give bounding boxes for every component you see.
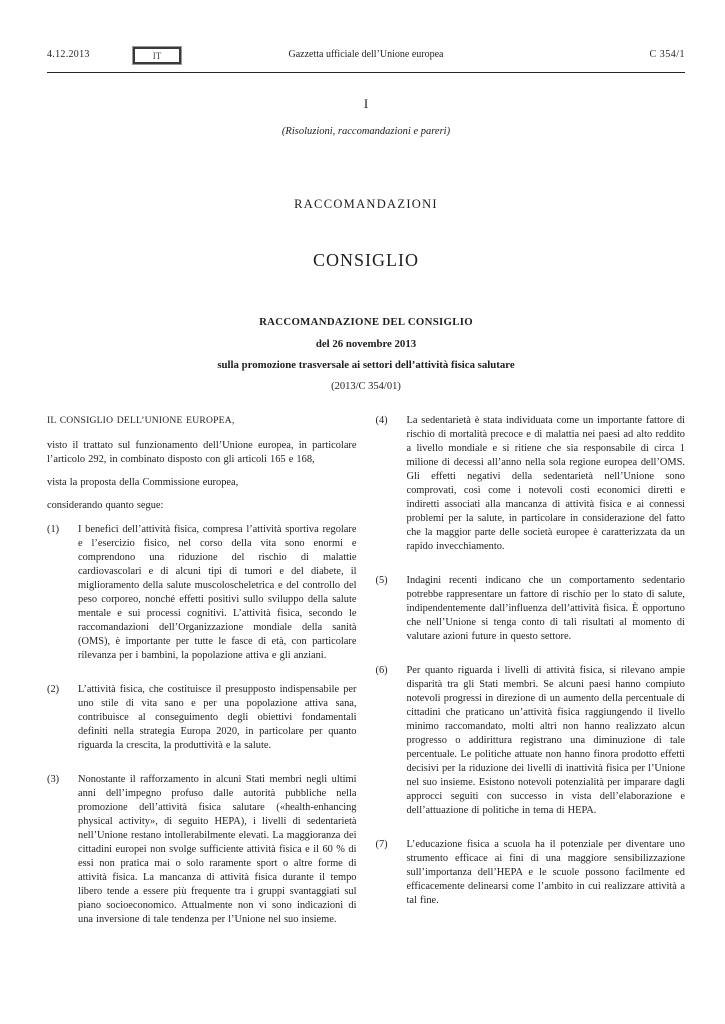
recital-text: Indagini recenti indicano che un comport…: [407, 574, 686, 644]
act-date: del 26 novembre 2013: [47, 338, 685, 350]
recital-text: L’educazione fisica a scuola ha il poten…: [407, 838, 686, 908]
recital-number: (6): [376, 664, 407, 818]
recital-text: Nonostante il rafforzamento in alcuni St…: [78, 773, 357, 927]
left-column: IL CONSIGLIO DELL’UNIONE EUROPEA, visto …: [47, 414, 357, 927]
recital: (6) Per quanto riguarda i livelli di att…: [376, 664, 686, 818]
header-rule: [47, 72, 685, 73]
recital-number: (3): [47, 773, 78, 927]
recital-text: La sedentarietà è stata individuata come…: [407, 414, 686, 554]
recital: (7) L’educazione fisica a scuola ha il p…: [376, 838, 686, 908]
page-header: 4.12.2013 IT Gazzetta ufficiale dell’Uni…: [47, 47, 685, 64]
recital: (4) La sedentarietà è stata individuata …: [376, 414, 686, 554]
recital-number: (1): [47, 523, 78, 663]
recital: (2) L’attività fisica, che costituisce i…: [47, 683, 357, 753]
act-title: RACCOMANDAZIONE DEL CONSIGLIO: [47, 316, 685, 328]
section-category: RACCOMANDAZIONI: [47, 197, 685, 212]
recital-text: I benefici dell’attività fisica, compres…: [78, 523, 357, 663]
act-subject: sulla promozione trasversale ai settori …: [47, 359, 685, 371]
preamble-paragraph: vista la proposta della Commissione euro…: [47, 476, 357, 490]
preamble-opening: IL CONSIGLIO DELL’UNIONE EUROPEA,: [47, 414, 357, 428]
act-reference: (2013/C 354/01): [47, 381, 685, 392]
preamble-paragraph: visto il trattato sul funzionamento dell…: [47, 439, 357, 467]
section-institution: CONSIGLIO: [47, 250, 685, 271]
document-page: 4.12.2013 IT Gazzetta ufficiale dell’Uni…: [0, 0, 725, 1024]
recital: (3) Nonostante il rafforzamento in alcun…: [47, 773, 357, 927]
recital-number: (2): [47, 683, 78, 753]
recital-number: (7): [376, 838, 407, 908]
recital-text: L’attività fisica, che costituisce il pr…: [78, 683, 357, 753]
body-columns: IL CONSIGLIO DELL’UNIONE EUROPEA, visto …: [47, 414, 685, 927]
recital: (1) I benefici dell’attività fisica, com…: [47, 523, 357, 663]
journal-title: Gazzetta ufficiale dell’Unione europea: [47, 49, 685, 60]
section-numeral: I: [47, 96, 685, 112]
recital-text: Per quanto riguarda i livelli di attivit…: [407, 664, 686, 818]
recital: (5) Indagini recenti indicano che un com…: [376, 574, 686, 644]
page-number: C 354/1: [650, 49, 685, 60]
right-column: (4) La sedentarietà è stata individuata …: [376, 414, 686, 927]
recital-number: (5): [376, 574, 407, 644]
recital-number: (4): [376, 414, 407, 554]
preamble-paragraph: considerando quanto segue:: [47, 499, 357, 513]
section-subtitle: (Risoluzioni, raccomandazioni e pareri): [47, 126, 685, 137]
